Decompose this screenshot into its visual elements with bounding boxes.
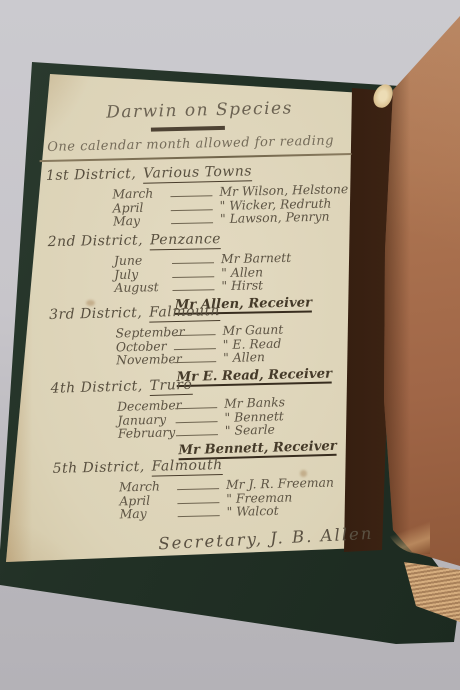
- district-place: Falmouth: [152, 457, 223, 477]
- month-dash: [172, 276, 214, 278]
- month-label: May: [119, 506, 177, 521]
- page-title: Darwin on Species: [82, 98, 316, 123]
- month-label: August: [114, 280, 172, 295]
- month-dash: [171, 222, 213, 224]
- district-heading: 2nd District,Penzance: [47, 228, 369, 250]
- handwritten-text: Darwin on Species One calendar month all…: [44, 83, 377, 576]
- reader-name: " Walcot: [226, 504, 278, 519]
- district-section-4: 4th District,Truro DecemberMr Banks Janu…: [50, 372, 374, 464]
- district-place: Falmouth: [149, 303, 220, 323]
- district-label: 1st District,: [46, 166, 137, 184]
- month-label: November: [116, 352, 174, 367]
- district-label: 2nd District,: [47, 232, 143, 250]
- district-label: 5th District,: [52, 459, 144, 477]
- month-dash: [176, 421, 218, 423]
- reader-name: " Lawson, Penryn: [220, 210, 330, 226]
- district-place: Various Towns: [143, 163, 252, 183]
- month-dash: [174, 348, 216, 350]
- title-underline: [151, 126, 225, 131]
- schedule-rows: MarchMr J. R. Freeman April" Freeman May…: [119, 475, 376, 522]
- schedule-rows: SeptemberMr Gaunt October" E. Read Novem…: [115, 321, 372, 368]
- district-section-5: 5th District,Falmouth MarchMr J. R. Free…: [52, 454, 375, 523]
- ruled-line: [40, 153, 352, 162]
- district-section-1: 1st District,Various Towns MarchMr Wilso…: [46, 161, 369, 230]
- month-dash: [172, 289, 214, 291]
- district-heading: 1st District,Various Towns: [46, 161, 368, 184]
- month-dash: [170, 195, 212, 197]
- month-label: February: [118, 425, 176, 440]
- month-dash: [177, 488, 219, 490]
- schedule-rows: MarchMr Wilson, Helstone April" Wicker, …: [112, 182, 369, 229]
- month-dash: [171, 209, 213, 211]
- reader-name: " Searle: [225, 423, 275, 438]
- month-dash: [174, 334, 216, 336]
- month-label: June: [114, 253, 172, 268]
- month-dash: [176, 434, 218, 436]
- schedule-rows: JuneMr Barnett July" Allen August" Hirst: [114, 249, 371, 294]
- book-photo: Darwin on Species One calendar month all…: [0, 0, 460, 690]
- month-dash: [174, 361, 216, 363]
- month-label: April: [113, 200, 171, 215]
- reader-name: " Allen: [223, 350, 265, 365]
- month-dash: [175, 407, 217, 409]
- month-dash: [172, 262, 214, 264]
- reader-name: " Hirst: [221, 279, 263, 293]
- schedule-rows: DecemberMr Banks January" Bennett Februa…: [117, 393, 374, 441]
- month-label: April: [119, 493, 177, 508]
- month-dash: [177, 502, 219, 504]
- page-subtitle: One calendar month allowed for reading: [47, 133, 334, 155]
- district-label: 3rd District,: [49, 305, 142, 323]
- month-dash: [178, 515, 220, 517]
- month-label: May: [113, 213, 171, 228]
- district-label: 4th District,: [50, 378, 143, 397]
- district-place: Penzance: [150, 231, 221, 250]
- reader-name: Mr Barnett: [221, 251, 291, 266]
- district-place: Truro: [149, 377, 192, 396]
- secretary-signature: Secretary, J. B. Allen: [158, 524, 374, 553]
- schedule-row: August" Hirst: [114, 277, 370, 295]
